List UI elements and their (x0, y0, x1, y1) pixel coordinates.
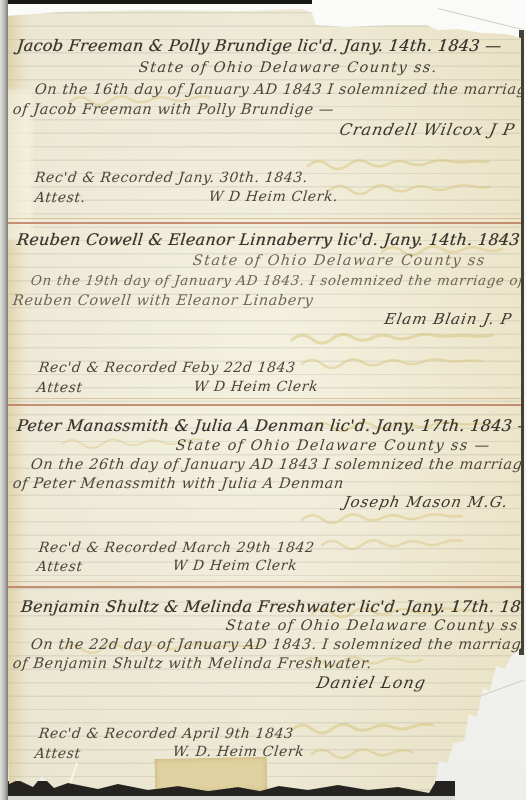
aged-ledger-paper: Jacob Freeman & Polly Brundige lic'd. Ja… (0, 0, 526, 800)
entry-4-body-line-1: On the 22d day of January AD 1843. I sol… (30, 637, 526, 653)
scanner-dark-edge-top (8, 0, 312, 4)
entry-2-recorded-line: Rec'd & Recorded Feby 22d 1843 (38, 360, 296, 376)
entry-4-body-line-2: of Benjamin Shultz with Melinda Freshwat… (12, 656, 373, 672)
entry-1-attest-label: Attest. (34, 190, 87, 206)
entry-4-state-line: State of Ohio Delaware County ss (225, 618, 519, 634)
entry-1-officiant-signature: Crandell Wilcox J P (338, 120, 517, 139)
entry-2-body-line-2: Reuben Cowell with Eleanor Linabery (12, 293, 314, 309)
entry-4-attest-label: Attest (34, 746, 81, 762)
entry-3-state-line: State of Ohio Delaware County ss — (175, 438, 491, 454)
entry-3-clerk-signature: W D Heim Clerk (172, 558, 298, 574)
section-rule-red (6, 222, 521, 224)
entry-1-clerk-signature: W D Heim Clerk. (208, 189, 339, 205)
entry-4-recorded-line: Rec'd & Recorded April 9th 1843 (38, 726, 294, 742)
entry-2-heading: Reuben Cowell & Eleanor Linnaberry lic'd… (16, 230, 526, 249)
entry-1-body-line-2: of Jacob Freeman with Polly Brundige — (12, 102, 335, 118)
entry-4-clerk-signature: W. D. Heim Clerk (172, 744, 305, 760)
section-rule-faint (6, 218, 521, 219)
entry-3-body-line-2: of Peter Menassmith with Julia A Denman (12, 476, 345, 492)
entry-3-body-line-1: On the 26th day of January AD 1843 I sol… (30, 457, 526, 473)
entry-3-heading: Peter Manassmith & Julia A Denman lic'd.… (16, 416, 526, 435)
scanner-edge-fade (8, 796, 455, 800)
entry-3-attest-label: Attest (36, 559, 83, 575)
entry-1-heading: Jacob Freeman & Polly Brundige lic'd. Ja… (16, 36, 502, 55)
section-rule-faint (6, 581, 521, 582)
entry-3-recorded-line: Rec'd & Recorded March 29th 1842 (38, 540, 315, 556)
entry-1-state-line: State of Ohio Delaware County ss. (138, 60, 439, 76)
entry-2-body-line-1: On the 19th day of January AD 1843. I so… (30, 273, 525, 289)
section-rule-red (6, 404, 521, 406)
entry-2-state-line: State of Ohio Delaware County ss (192, 253, 486, 269)
entry-2-attest-label: Attest (36, 380, 83, 396)
entry-2-clerk-signature: W D Heim Clerk (193, 379, 319, 395)
entry-2-officiant-signature: Elam Blain J. P (383, 310, 514, 328)
section-rule-red (6, 586, 521, 588)
entry-1-recorded-line: Rec'd & Recorded Jany. 30th. 1843. (34, 170, 309, 186)
entry-4-officiant-signature: Daniel Long (315, 673, 428, 692)
section-rule-faint (6, 398, 521, 399)
entry-1-body-line-1: On the 16th day of January AD 1843 I sol… (34, 82, 526, 98)
entry-3-officiant-signature: Joseph Mason M.G. (342, 493, 510, 511)
scanned-record-page: Jacob Freeman & Polly Brundige lic'd. Ja… (0, 0, 526, 800)
entry-4-heading: Benjamin Shultz & Melinda Freshwater lic… (20, 597, 526, 616)
scanner-dark-edge-left (0, 0, 8, 800)
